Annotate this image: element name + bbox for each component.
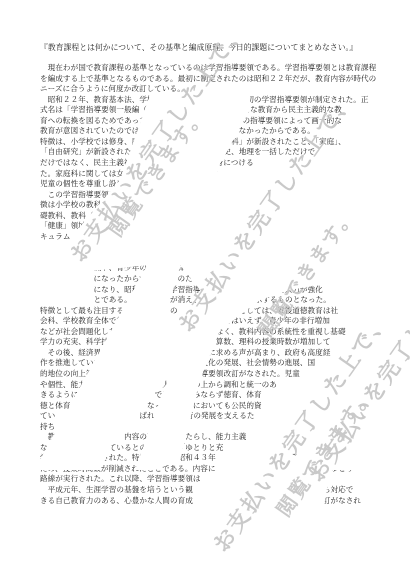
document-line: 育への転換を図るためであった。「試案」となったのは、この指導要領によって画一的な — [40, 116, 376, 126]
document-line: 学習指導 された。特徴としては昭和４３年 膨大であった — [40, 453, 376, 463]
document-line: 児童の個性を尊重し設けられた教科である。 — [40, 179, 376, 189]
document-line: 教育が意図されていたのではなく、教師の手引き書にすぎなかったからである。 — [40, 126, 376, 136]
document-line: な学校 ているとの反省から「ゆとりと充 和５２年、 — [40, 443, 376, 453]
document-line: 徴は小学校の教科が経験主義に基づく四領域へと再 — [40, 200, 376, 210]
document-line: きるように では知育のみならず徳育、体育 — [40, 390, 376, 400]
document-line: 特徴は、小学校では修身、歴史、地理が廃止され「社会科」が新設されたこと、「家庭」… — [40, 137, 376, 147]
document-line: 現在わが国で教育課程の基準となっているのは学習指導要領である。学習指導要領とは教… — [40, 63, 376, 73]
document-line: などが社会問題化したためであ なく、教科内容の系統性を重視し基礎 — [40, 327, 376, 337]
document-line: 昭和２２年、教育基本法、学校教育法の公布に伴って、最初の学習指導要領が制定された… — [40, 95, 376, 105]
document-line: になり、昭和３３年に学習指導 べきは法的拘束力が強化 — [40, 285, 376, 295]
document-line: 「健康」領域ごとに合科的な授業が行わ カリ — [40, 221, 376, 231]
document-line: 的地位の向上等を 学習指導要領改訂がなされた。児童 — [40, 369, 376, 379]
document-line: キュラム 自由研究」は「教科以外の活動」に の枠が — [40, 232, 376, 242]
document-line: 会科、学校教育全体で行うべきとさ るとはいえず、青少年の非行増加 — [40, 316, 376, 326]
document-line: ニーズに合うように何度か改訂している。 — [40, 84, 376, 94]
document-line: 低下、青少年の非行、規律の低下 育においても対応 — [40, 263, 376, 273]
document-line: だけではなく、民主主義社会の性格を一人ひとりが身につける — [40, 158, 376, 168]
document-line: ため、授業時間数が削減されたことである。内容に 削除され、ゆとり — [40, 464, 376, 474]
document-line: や個性、能力に 人間形成の上から調和と統一のあ — [40, 380, 376, 390]
document-line: 経験学習的なカリキュラムは学習によって児 — [40, 253, 376, 263]
document-line: 路線が実行された。これ以降、学習指導要領は く。 — [40, 474, 376, 484]
document-line: 作を推進していたこと 、文化の発展、社会情勢の進展、国 — [40, 358, 376, 368]
document-line: 学力の充実、科学技術の一層 算数、理科の授業時数が増加して — [40, 337, 376, 347]
document-line: 「自由研究」が新設されたことである。単に修身、歴史、地理を一括しただけで — [40, 147, 376, 157]
document-line: になったからである。そのため 学習的な要素が取り入 — [40, 274, 376, 284]
document-line: た。家庭科に関しては女子だけではなく男子にも課せられ — [40, 169, 376, 179]
document-line: てい ばれ、科学技術の発展を支えるた — [40, 411, 376, 421]
document-line: を編成する上で基準となるものである。最初に制定されたのは昭和２２年だが、教育内容… — [40, 74, 376, 84]
document-line: 特徴として最も注目するのは「道徳」の 由としては、戦後道徳教育は社 — [40, 306, 376, 316]
document-line: 持ち — [40, 422, 376, 432]
document-line: その後、経済界から科 に求める声が高まり、政府も高度経 — [40, 348, 376, 358]
document-line: この学習指導要領は試案であったため、昭和２６年に — [40, 190, 376, 200]
document-line: とである。試案の文字が消え、文部 が公示するものとなった。 — [40, 295, 376, 305]
document-line: 礎教科、教科（社会・理科）」、「創造的活 — [40, 211, 376, 221]
document-line: きる自己教育力のある、心豊かな人間の育成 、学習指導要領改訂がなされ — [40, 496, 376, 506]
document-line: 式名は「学習指導要領一般編（試案）」で、これは国家主義的な教育から民主主義的な教 — [40, 105, 376, 115]
document-line: 徳と体育 なった。教科においても公民的資 — [40, 401, 376, 411]
document-line: 教 内容の高度化をもたらし、能力主義 るよう — [40, 432, 376, 442]
document-line: 平成元年、生涯学習の基盤を培うという観 社会の変化に自ら対応で — [40, 485, 376, 495]
document-title: 『教育課程とは何かについて、その基準と編成原理、今日的課題についてまとめなさい。… — [40, 43, 376, 53]
document-page: 『教育課程とは何かについて、その基準と編成原理、今日的課題についてまとめなさい。… — [0, 0, 410, 580]
